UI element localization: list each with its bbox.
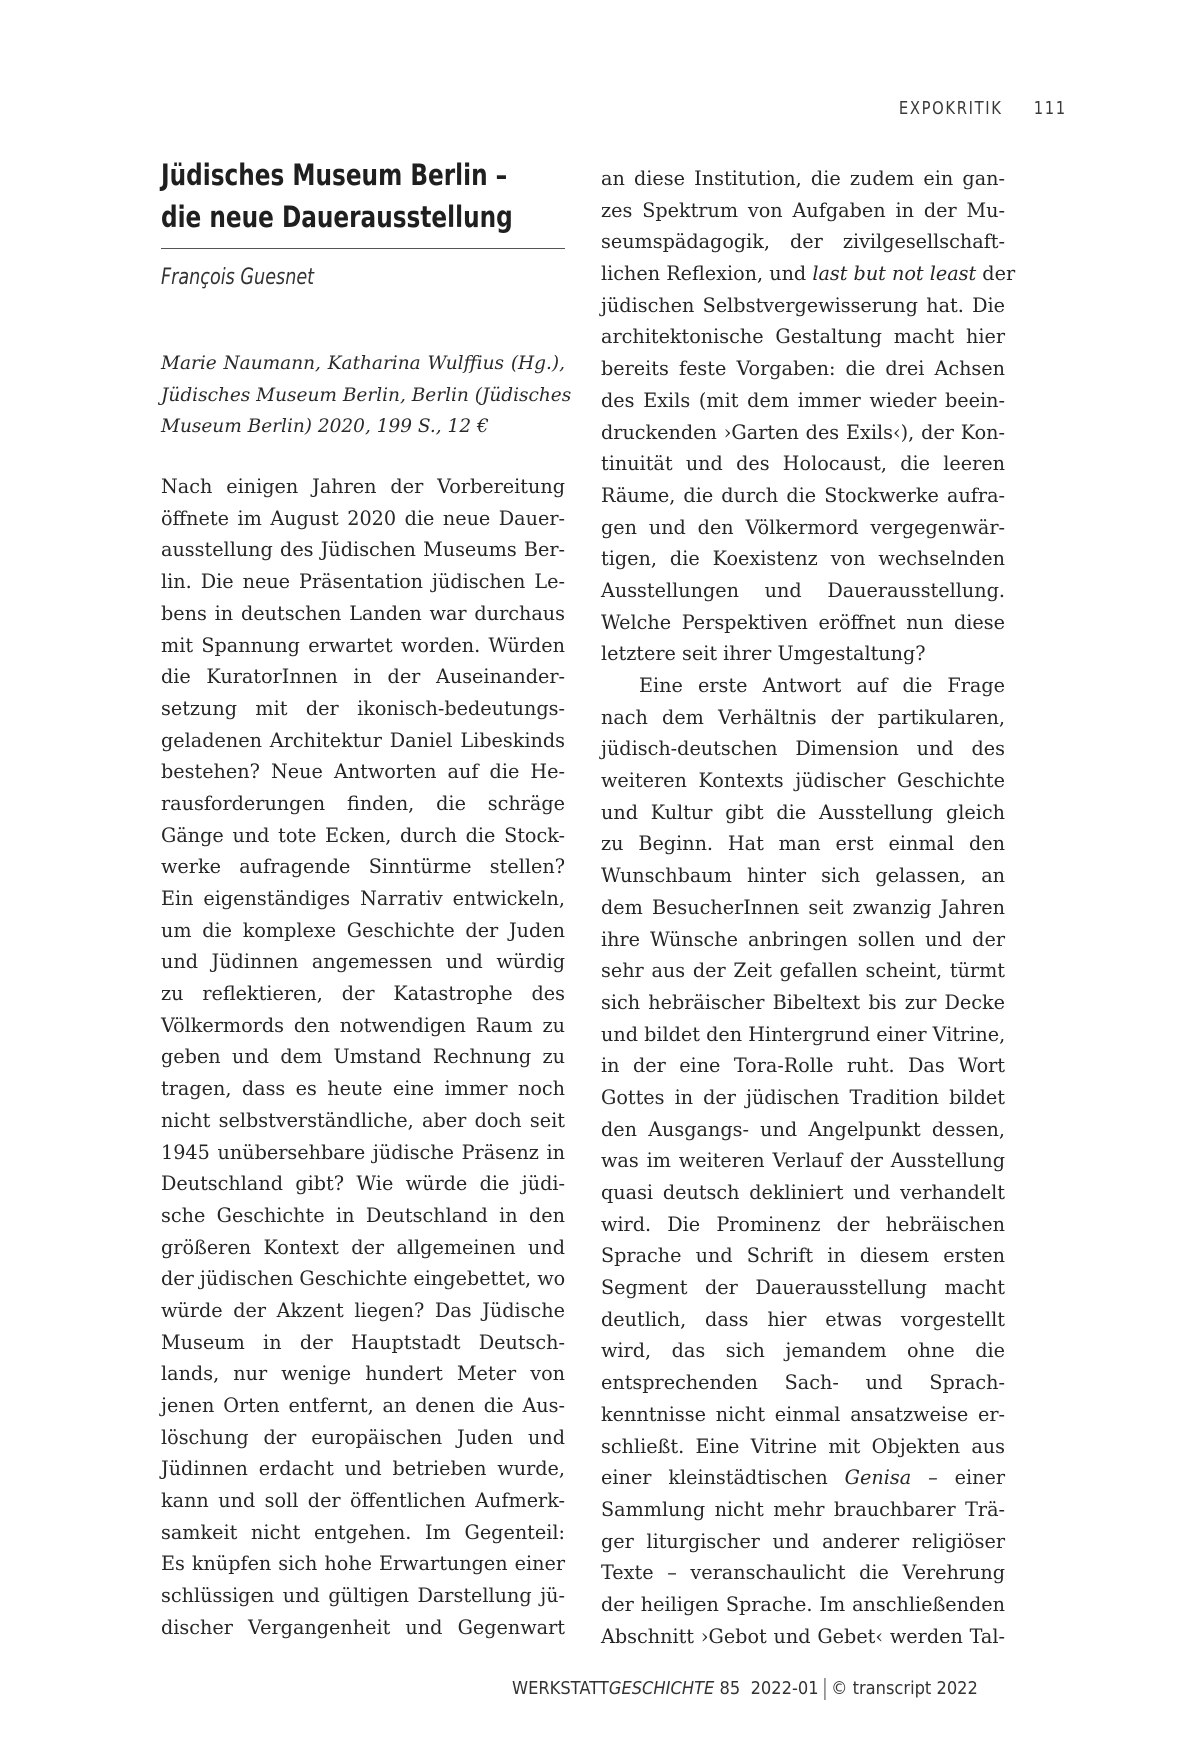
- text-line: der heiligen Sprache. Im anschließenden: [601, 1589, 1005, 1621]
- text-run: lichen Reflexion, und: [601, 262, 812, 285]
- text-line: discher Vergangenheit und Gegenwart: [161, 1612, 565, 1644]
- text-line: wird, das sich jemandem ohne die: [601, 1335, 1005, 1367]
- text-line: Welche Perspektiven eröffnet nun diese: [601, 607, 1005, 639]
- text-run: einer kleinstädtischen: [601, 1466, 845, 1489]
- text-line: Segment der Dauerausstellung macht: [601, 1272, 1005, 1304]
- text-line: lichen Reflexion, und last but not least…: [601, 258, 1005, 290]
- text-line: tinuität und des Holocaust, die leeren: [601, 448, 1005, 480]
- section-title: EXPOKRITIK: [899, 98, 1003, 119]
- text-line: Texte – veranschaulicht die Verehrung: [601, 1557, 1005, 1589]
- text-line: druckenden ›Garten des Exils‹), der Kon-: [601, 417, 1005, 449]
- text-line: jenen Orten entfernt, an denen die Aus-: [161, 1390, 565, 1422]
- copyright: © transcript 2022: [831, 1679, 978, 1699]
- text-line: zu reflektieren, der Katastrophe des: [161, 978, 565, 1010]
- text-line: architektonische Gestaltung macht hier: [601, 321, 1005, 353]
- bibliographic-reference: Marie Naumann, Katharina Wulffius (Hg.),…: [161, 348, 565, 443]
- text-line: dem BesucherInnen seit zwanzig Jahren: [601, 892, 1005, 924]
- text-line: an diese Institution, die zudem ein gan-: [601, 163, 1005, 195]
- text-line: ihre Wünsche anbringen sollen und der: [601, 924, 1005, 956]
- text-line: sehr aus der Zeit gefallen scheint, türm…: [601, 955, 1005, 987]
- text-line: schlüssigen und gültigen Darstellung jü-: [161, 1580, 565, 1612]
- text-line: Jüdinnen erdacht und betrieben wurde,: [161, 1453, 565, 1485]
- left-column: Jüdisches Museum Berlin – die neue Dauer…: [161, 154, 565, 1644]
- text-line: Gottes in der jüdischen Tradition bildet: [601, 1082, 1005, 1114]
- text-line: kann und soll der öffentlichen Aufmerk-: [161, 1485, 565, 1517]
- text-line: ausstellung des Jüdischen Museums Ber-: [161, 534, 565, 566]
- text-line: in der eine Tora-Rolle ruht. Das Wort: [601, 1050, 1005, 1082]
- text-line: deutlich, dass hier etwas vorgestellt: [601, 1304, 1005, 1336]
- body-text-left: Nach einigen Jahren der Vorbereitung öff…: [161, 471, 565, 1643]
- text-line: Ausstellungen und Dauerausstellung.: [601, 575, 1005, 607]
- journal-name-italic: GESCHICHTE: [609, 1679, 714, 1699]
- text-line: öffnete im August 2020 die neue Dauer-: [161, 503, 565, 535]
- biblio-line: Marie Naumann, Katharina Wulffius (Hg.),: [161, 348, 565, 380]
- text-line: Sammlung nicht mehr brauchbarer Trä-: [601, 1494, 1005, 1526]
- article-title: Jüdisches Museum Berlin – die neue Dauer…: [161, 154, 561, 238]
- text-line: die KuratorInnen in der Auseinander-: [161, 661, 565, 693]
- right-column: an diese Institution, die zudem ein gan-…: [601, 163, 1005, 1652]
- text-line: zes Spektrum von Aufgaben in der Mu-: [601, 195, 1005, 227]
- footer-divider: [824, 1678, 825, 1700]
- text-line: jüdischen Selbstvergewisserung hat. Die: [601, 290, 1005, 322]
- text-line: ger liturgischer und anderer religiöser: [601, 1526, 1005, 1558]
- text-run: der: [976, 262, 1015, 285]
- italic-term: Genisa: [845, 1466, 911, 1489]
- text-line: sich hebräischer Bibeltext bis zur Decke: [601, 987, 1005, 1019]
- text-line: quasi deutsch dekliniert und verhandelt: [601, 1177, 1005, 1209]
- text-line: lands, nur wenige hundert Meter von: [161, 1358, 565, 1390]
- text-line: Museum in der Hauptstadt Deutsch-: [161, 1327, 565, 1359]
- text-line: jüdisch-deutschen Dimension und des: [601, 733, 1005, 765]
- text-line: und Jüdinnen angemessen und würdig: [161, 946, 565, 978]
- text-line: schließt. Eine Vitrine mit Objekten aus: [601, 1431, 1005, 1463]
- text-line: um die komplexe Geschichte der Juden: [161, 915, 565, 947]
- text-line: nach dem Verhältnis der partikularen,: [601, 702, 1005, 734]
- title-line-1: Jüdisches Museum Berlin –: [161, 154, 561, 196]
- text-line: wird. Die Prominenz der hebräischen: [601, 1209, 1005, 1241]
- text-line: bens in deutschen Landen war durchaus: [161, 598, 565, 630]
- text-line: gen und den Völkermord vergegenwär-: [601, 512, 1005, 544]
- text-line: samkeit nicht entgehen. Im Gegenteil:: [161, 1517, 565, 1549]
- issue-date: 2022-01: [751, 1679, 819, 1699]
- text-line: den Ausgangs- und Angelpunkt dessen,: [601, 1114, 1005, 1146]
- text-line: was im weiteren Verlauf der Ausstellung: [601, 1145, 1005, 1177]
- text-line: Räume, die durch die Stockwerke aufra-: [601, 480, 1005, 512]
- text-line: Sprache und Schrift in diesem ersten: [601, 1240, 1005, 1272]
- text-line: größeren Kontext der allgemeinen und: [161, 1232, 565, 1264]
- title-line-2: die neue Dauerausstellung: [161, 196, 561, 238]
- italic-phrase: last but not least: [812, 262, 976, 285]
- text-run: – einer: [911, 1466, 1005, 1489]
- running-head: EXPOKRITIK 111: [899, 98, 1067, 119]
- biblio-line: Museum Berlin) 2020, 199 S., 12 €: [161, 411, 565, 443]
- page-footer: WERKSTATTGESCHICHTE 85 2022-01© transcri…: [512, 1678, 978, 1700]
- biblio-line: Jüdisches Museum Berlin, Berlin (Jüdisch…: [161, 380, 565, 412]
- text-line: werke aufragende Sinntürme stellen?: [161, 851, 565, 883]
- text-line: tigen, die Koexistenz von wechselnden: [601, 543, 1005, 575]
- journal-name-upright: WERKSTATT: [512, 1679, 609, 1699]
- text-line: sche Geschichte in Deutschland in den: [161, 1200, 565, 1232]
- text-line: kenntnisse nicht einmal ansatzweise er-: [601, 1399, 1005, 1431]
- text-line: löschung der europäischen Juden und: [161, 1422, 565, 1454]
- text-line: Nach einigen Jahren der Vorbereitung: [161, 471, 565, 503]
- text-line: Wunschbaum hinter sich gelassen, an: [601, 860, 1005, 892]
- author-name: François Guesnet: [161, 263, 481, 293]
- text-line: geladenen Architektur Daniel Libeskinds: [161, 725, 565, 757]
- issue-number: 85: [719, 1679, 740, 1699]
- text-line: Abschnitt ›Gebot und Gebet‹ werden Tal-: [601, 1621, 1005, 1653]
- title-divider: [161, 248, 565, 249]
- text-line: und bildet den Hintergrund einer Vitrine…: [601, 1019, 1005, 1051]
- text-line: Ein eigenständiges Narrativ entwickeln,: [161, 883, 565, 915]
- text-line: setzung mit der ikonisch-bedeutungs-: [161, 693, 565, 725]
- text-line: lin. Die neue Präsentation jüdischen Le-: [161, 566, 565, 598]
- text-line: rausforderungen finden, die schräge: [161, 788, 565, 820]
- text-line: und Kultur gibt die Ausstellung gleich: [601, 797, 1005, 829]
- text-line: geben und dem Umstand Rechnung zu: [161, 1041, 565, 1073]
- text-line: nicht selbstverständliche, aber doch sei…: [161, 1105, 565, 1137]
- text-line: letztere seit ihrer Umgestaltung?: [601, 638, 1005, 670]
- text-line: entsprechenden Sach- und Sprach-: [601, 1367, 1005, 1399]
- text-line: Gänge und tote Ecken, durch die Stock-: [161, 820, 565, 852]
- text-line: weiteren Kontexts jüdischer Geschichte: [601, 765, 1005, 797]
- text-line: Völkermords den notwendigen Raum zu: [161, 1010, 565, 1042]
- text-line: Deutschland gibt? Wie würde die jüdi-: [161, 1168, 565, 1200]
- text-line: der jüdischen Geschichte eingebettet, wo: [161, 1263, 565, 1295]
- text-line: 1945 unübersehbare jüdische Präsenz in: [161, 1137, 565, 1169]
- text-line: des Exils (mit dem immer wieder beein-: [601, 385, 1005, 417]
- text-line: mit Spannung erwartet worden. Würden: [161, 630, 565, 662]
- text-line: einer kleinstädtischen Genisa – einer: [601, 1462, 1005, 1494]
- text-line: seumspädagogik, der zivilgesellschaft-: [601, 226, 1005, 258]
- text-line: würde der Akzent liegen? Das Jüdische: [161, 1295, 565, 1327]
- text-line: Es knüpfen sich hohe Erwartungen einer: [161, 1548, 565, 1580]
- page-number: 111: [1034, 98, 1067, 119]
- text-line: bestehen? Neue Antworten auf die He-: [161, 756, 565, 788]
- text-line: zu Beginn. Hat man erst einmal den: [601, 828, 1005, 860]
- text-line: tragen, dass es heute eine immer noch: [161, 1073, 565, 1105]
- paragraph-start-line: Eine erste Antwort auf die Frage: [601, 670, 1005, 702]
- text-line: bereits feste Vorgaben: die drei Achsen: [601, 353, 1005, 385]
